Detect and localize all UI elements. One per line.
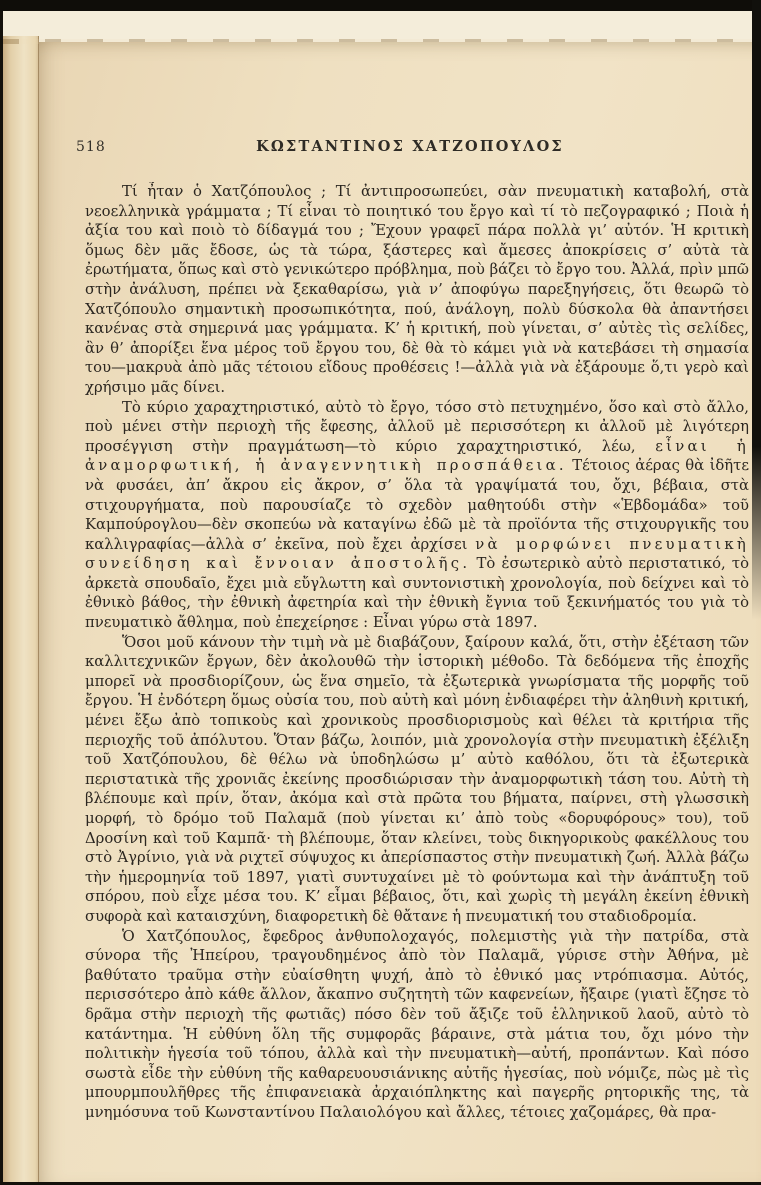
scanned-page: 518 ΚΩΣΤΑΝΤΙΝΟΣ ΧΑΤΖΟΠΟΥΛΟΣ Τί ἦταν ὁ Χα… xyxy=(0,0,761,1185)
paragraph: Ὁ Χατζόπουλος, ἔφεδρος ἀνθυπολοχαγός, πο… xyxy=(85,927,749,1123)
paragraph: Τί ἦταν ὁ Χατζόπουλος ; Τί ἀντιπροσωπεύε… xyxy=(85,182,749,398)
paragraph: Τὸ κύριο χαραχτηριστικό, αὐτὸ τὸ ἔργο, τ… xyxy=(85,398,749,633)
page-stack-edge xyxy=(3,36,39,1182)
scan-edge-right xyxy=(752,0,761,620)
running-title: ΚΩΣΤΑΝΤΙΝΟΣ ΧΑΤΖΟΠΟΥΛΟΣ xyxy=(39,138,761,156)
paper-edge-sliver xyxy=(3,10,761,42)
text-segment: Τί ἦταν ὁ Χατζόπουλος ; Τί ἀντιπροσωπεύε… xyxy=(85,183,749,396)
paragraph: Ὅσοι μοῦ κάνουν τὴν τιμὴ νὰ μὲ διαβάζουν… xyxy=(85,633,749,927)
text-segment: Ὅσοι μοῦ κάνουν τὴν τιμὴ νὰ μὲ διαβάζουν… xyxy=(85,634,749,925)
text-segment: Ὁ Χατζόπουλος, ἔφεδρος ἀνθυπολοχαγός, πο… xyxy=(85,928,749,1121)
text-segment: Τὸ κύριο χαραχτηριστικό, αὐτὸ τὸ ἔργο, τ… xyxy=(85,399,749,455)
scan-edge-top xyxy=(0,0,761,11)
page-header: 518 ΚΩΣΤΑΝΤΙΝΟΣ ΧΑΤΖΟΠΟΥΛΟΣ xyxy=(39,138,761,158)
book-page: 518 ΚΩΣΤΑΝΤΙΝΟΣ ΧΑΤΖΟΠΟΥΛΟΣ Τί ἦταν ὁ Χα… xyxy=(39,42,761,1182)
page-text: Τί ἦταν ὁ Χατζόπουλος ; Τί ἀντιπροσωπεύε… xyxy=(85,182,749,1182)
